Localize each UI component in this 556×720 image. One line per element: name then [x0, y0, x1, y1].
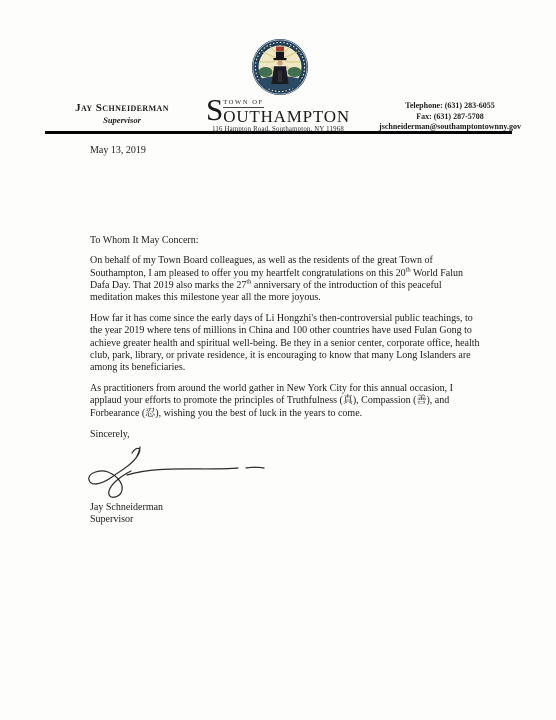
salutation: To Whom It May Concern:	[90, 235, 480, 247]
contact-block: Telephone: (631) 283-6055 Fax: (631) 287…	[346, 101, 554, 133]
closing: Sincerely,	[90, 429, 480, 441]
fax-line: Fax: (631) 287-5708	[346, 112, 554, 123]
header-divider	[45, 131, 512, 134]
letter-paragraph: On behalf of my Town Board colleagues, a…	[90, 255, 480, 304]
signer-name: Jay Schneiderman	[90, 502, 480, 514]
signature-graphic	[80, 444, 315, 500]
town-seal-icon	[251, 38, 309, 96]
signature-icon	[80, 444, 480, 500]
letter-paragraphs: On behalf of my Town Board colleagues, a…	[90, 255, 480, 419]
letter-paragraph: How far it has come since the early days…	[90, 313, 480, 374]
signer-title: Supervisor	[90, 514, 480, 526]
letter-paragraph: As practitioners from around the world g…	[90, 383, 480, 420]
town-name: OUTHAMPTON	[223, 108, 350, 126]
letter-date: May 13, 2019	[90, 145, 480, 157]
town-seal-graphic	[251, 38, 309, 96]
telephone-line: Telephone: (631) 283-6055	[346, 101, 554, 112]
letter-page: Jay Schneiderman Supervisor S TOWN OF OU…	[0, 0, 556, 720]
town-name-initial: S	[206, 97, 223, 123]
town-wordmark: S TOWN OF OUTHAMPTON	[206, 97, 350, 126]
letter-body: May 13, 2019 To Whom It May Concern: On …	[90, 145, 480, 526]
